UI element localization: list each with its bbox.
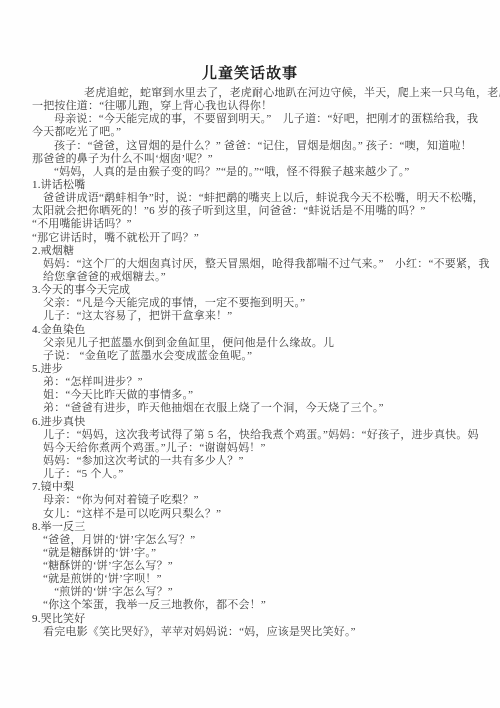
section-heading: 5.进步 bbox=[32, 363, 468, 376]
section-heading: 8.举一反三 bbox=[32, 521, 468, 534]
document-line: 妈妈：“参加这次考试的一共有多少人？” bbox=[43, 455, 468, 468]
document-line: 弟：“爸爸有进步，昨天他抽烟在衣服上烧了一个洞，今天烧了三个。” bbox=[43, 402, 468, 415]
document-line: 今天都吃光了吧。” bbox=[32, 126, 468, 139]
document-page: 儿童笑话故事 老虎追蛇，蛇窜到水里去了，老虎耐心地趴在河边守候，半天，爬上来一只… bbox=[0, 0, 500, 708]
section-heading: 2.戒烟糖 bbox=[32, 245, 468, 258]
document-line: 老虎追蛇，蛇窜到水里去了，老虎耐心地趴在河边守候，半天，爬上来一只乌龟，老虎 bbox=[84, 87, 468, 100]
document-line: “糖酥饼的‘饼’字怎么写？” bbox=[43, 560, 468, 573]
section-heading: 4.金鱼染色 bbox=[32, 324, 468, 337]
section-heading: 6.进步真快 bbox=[32, 416, 468, 429]
document-line: 孩子：“爸爸，这冒烟的是什么？” 爸爸：“记住，冒烟是烟囱。” 孩子：“噢，知道… bbox=[54, 140, 468, 153]
document-line: 母亲说：“今天能完成的事，不要留到明天。” 儿子道：“好吧，把刚才的蛋糕给我，我 bbox=[54, 113, 468, 126]
section-heading: 7.镜中梨 bbox=[32, 481, 468, 494]
document-line: 一把按住道：“往哪儿跑，穿上背心我也认得你！ bbox=[32, 100, 468, 113]
document-line: 那爸爸的鼻子为什么不叫‘烟囱’呢？” bbox=[32, 153, 468, 166]
document-body: 老虎追蛇，蛇窜到水里去了，老虎耐心地趴在河边守候，半天，爬上来一只乌龟，老虎一把… bbox=[32, 87, 468, 639]
document-line: “煎饼的‘饼’字怎么写？” bbox=[43, 586, 468, 599]
document-line: 姐：“今天比昨天做的事情多。” bbox=[43, 389, 468, 402]
document-line: 儿子：“妈妈，这次我考试得了第 5 名，快给我煮个鸡蛋。”妈妈：“好孩子，进步真… bbox=[43, 429, 468, 442]
document-line: 儿子：“5 个人。” bbox=[43, 468, 468, 481]
document-line: 父亲见儿子把蓝墨水倒到金鱼缸里，便问他是什么缘故。儿 bbox=[43, 337, 468, 350]
section-heading: 9.哭比笑好 bbox=[32, 613, 468, 626]
document-line: 妈妈：“这个厂的大烟囱真讨厌，整天冒黑烟，呛得我都喘不过气来。” 小红：“不要紧… bbox=[43, 258, 468, 271]
document-line: “那它讲话时，嘴不就松开了吗？” bbox=[32, 232, 468, 245]
document-line: 父亲：“凡是今天能完成的事情，一定不要拖到明天。” bbox=[43, 297, 468, 310]
document-line: “爸爸，月饼的‘饼’字怎么写？” bbox=[43, 534, 468, 547]
document-line: “妈妈，人真的是由猴子变的吗？”“是的。”“哦，怪不得猴子越来越少了。” bbox=[54, 166, 468, 179]
document-line: 子说： “金鱼吃了蓝墨水会变成蓝金鱼呢。” bbox=[43, 350, 468, 363]
document-line: 给您拿爸爸的戒烟糖去。” bbox=[43, 271, 468, 284]
document-line: 爸爸讲成语“鹬蚌相争”时，说：“蚌把鹬的嘴夹上以后，蚌说我今天不松嘴，明天不松嘴… bbox=[43, 192, 468, 205]
document-line: 母亲：“你为何对着镜子吃梨？” bbox=[43, 494, 468, 507]
document-line: “就是糖酥饼的‘饼’字。” bbox=[43, 547, 468, 560]
section-heading: 1.讲话松嘴 bbox=[32, 179, 468, 192]
document-title: 儿童笑话故事 bbox=[0, 62, 500, 83]
document-line: “你这个笨蛋，我举一反三地教你，都不会！” bbox=[43, 599, 468, 612]
document-line: 看完电影《笑比哭好》，苹苹对妈妈说：“妈，应该是哭比笑好。” bbox=[43, 626, 468, 639]
document-line: 妈今天给你煮两个鸡蛋。”儿子：“谢谢妈妈！” bbox=[43, 442, 468, 455]
document-line: “不用嘴能讲话吗？” bbox=[32, 218, 468, 231]
document-line: 弟：“怎样叫进步？” bbox=[43, 376, 468, 389]
document-line: “就是煎饼的‘饼’字呗！” bbox=[43, 573, 468, 586]
section-heading: 3.今天的事今天完成 bbox=[32, 284, 468, 297]
document-line: 儿子：“这太容易了，把饼干盒拿来！” bbox=[43, 310, 468, 323]
document-line: 女儿：“这样不是可以吃两只梨么？” bbox=[43, 508, 468, 521]
document-line: 太阳就会把你晒死的！”6 岁的孩子听到这里，问爸爸：“蚌说话是不用嘴的吗？” bbox=[32, 205, 468, 218]
